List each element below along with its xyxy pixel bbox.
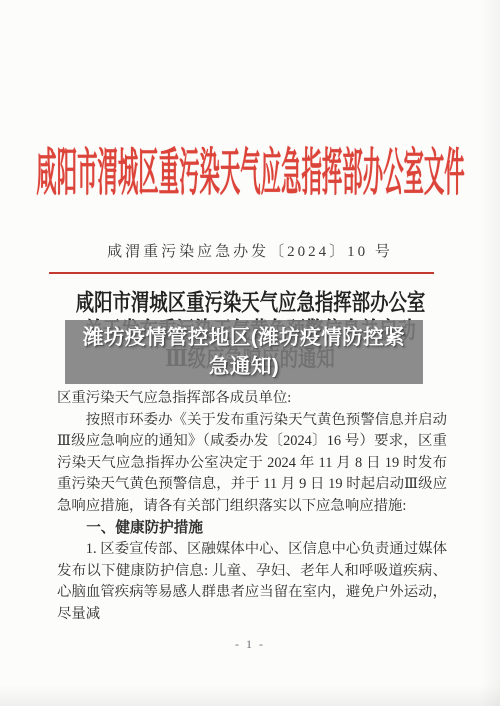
- overlay-caption: 潍坊疫情管控地区(潍坊疫情防控紧急通知): [77, 323, 411, 381]
- document-body: 区重污染天气应急指挥部各成员单位: 按照市环委办《关于发布重污染天气黄色预警信息…: [57, 388, 447, 626]
- page-number: - 1 -: [235, 637, 265, 652]
- red-header-title: 咸阳市渭城区重污染天气应急指挥部办公室文件: [36, 148, 464, 202]
- body-paragraph: 1. 区委宣传部、区融媒体中心、区信息中心负责通过媒体发布以下健康防护信息: 儿…: [57, 539, 447, 625]
- red-divider-rule: [49, 272, 434, 274]
- salutation-line: 区重污染天气应急指挥部各成员单位:: [57, 388, 447, 410]
- doc-number-row: 咸渭重污染应急办发〔2024〕10 号: [0, 240, 500, 260]
- document-page: 咸阳市渭城区重污染天气应急指挥部办公室文件 咸渭重污染应急办发〔2024〕10 …: [0, 0, 500, 706]
- page-number-row: - 1 -: [0, 636, 500, 652]
- watermark-overlay: 潍坊疫情管控地区(潍坊疫情防控紧急通知): [65, 320, 423, 384]
- doc-number: 咸渭重污染应急办发〔2024〕10 号: [107, 240, 393, 261]
- section-heading: 一、健康防护措施: [57, 518, 447, 540]
- red-header-banner: 咸阳市渭城区重污染天气应急指挥部办公室文件: [0, 147, 500, 203]
- doc-title-line-1-row: 咸阳市渭城区重污染天气应急指挥部办公室: [0, 286, 500, 314]
- body-paragraph: 按照市环委办《关于发布重污染天气黄色预警信息并启动Ⅲ级应急响应的通知》（咸委办发…: [57, 410, 447, 518]
